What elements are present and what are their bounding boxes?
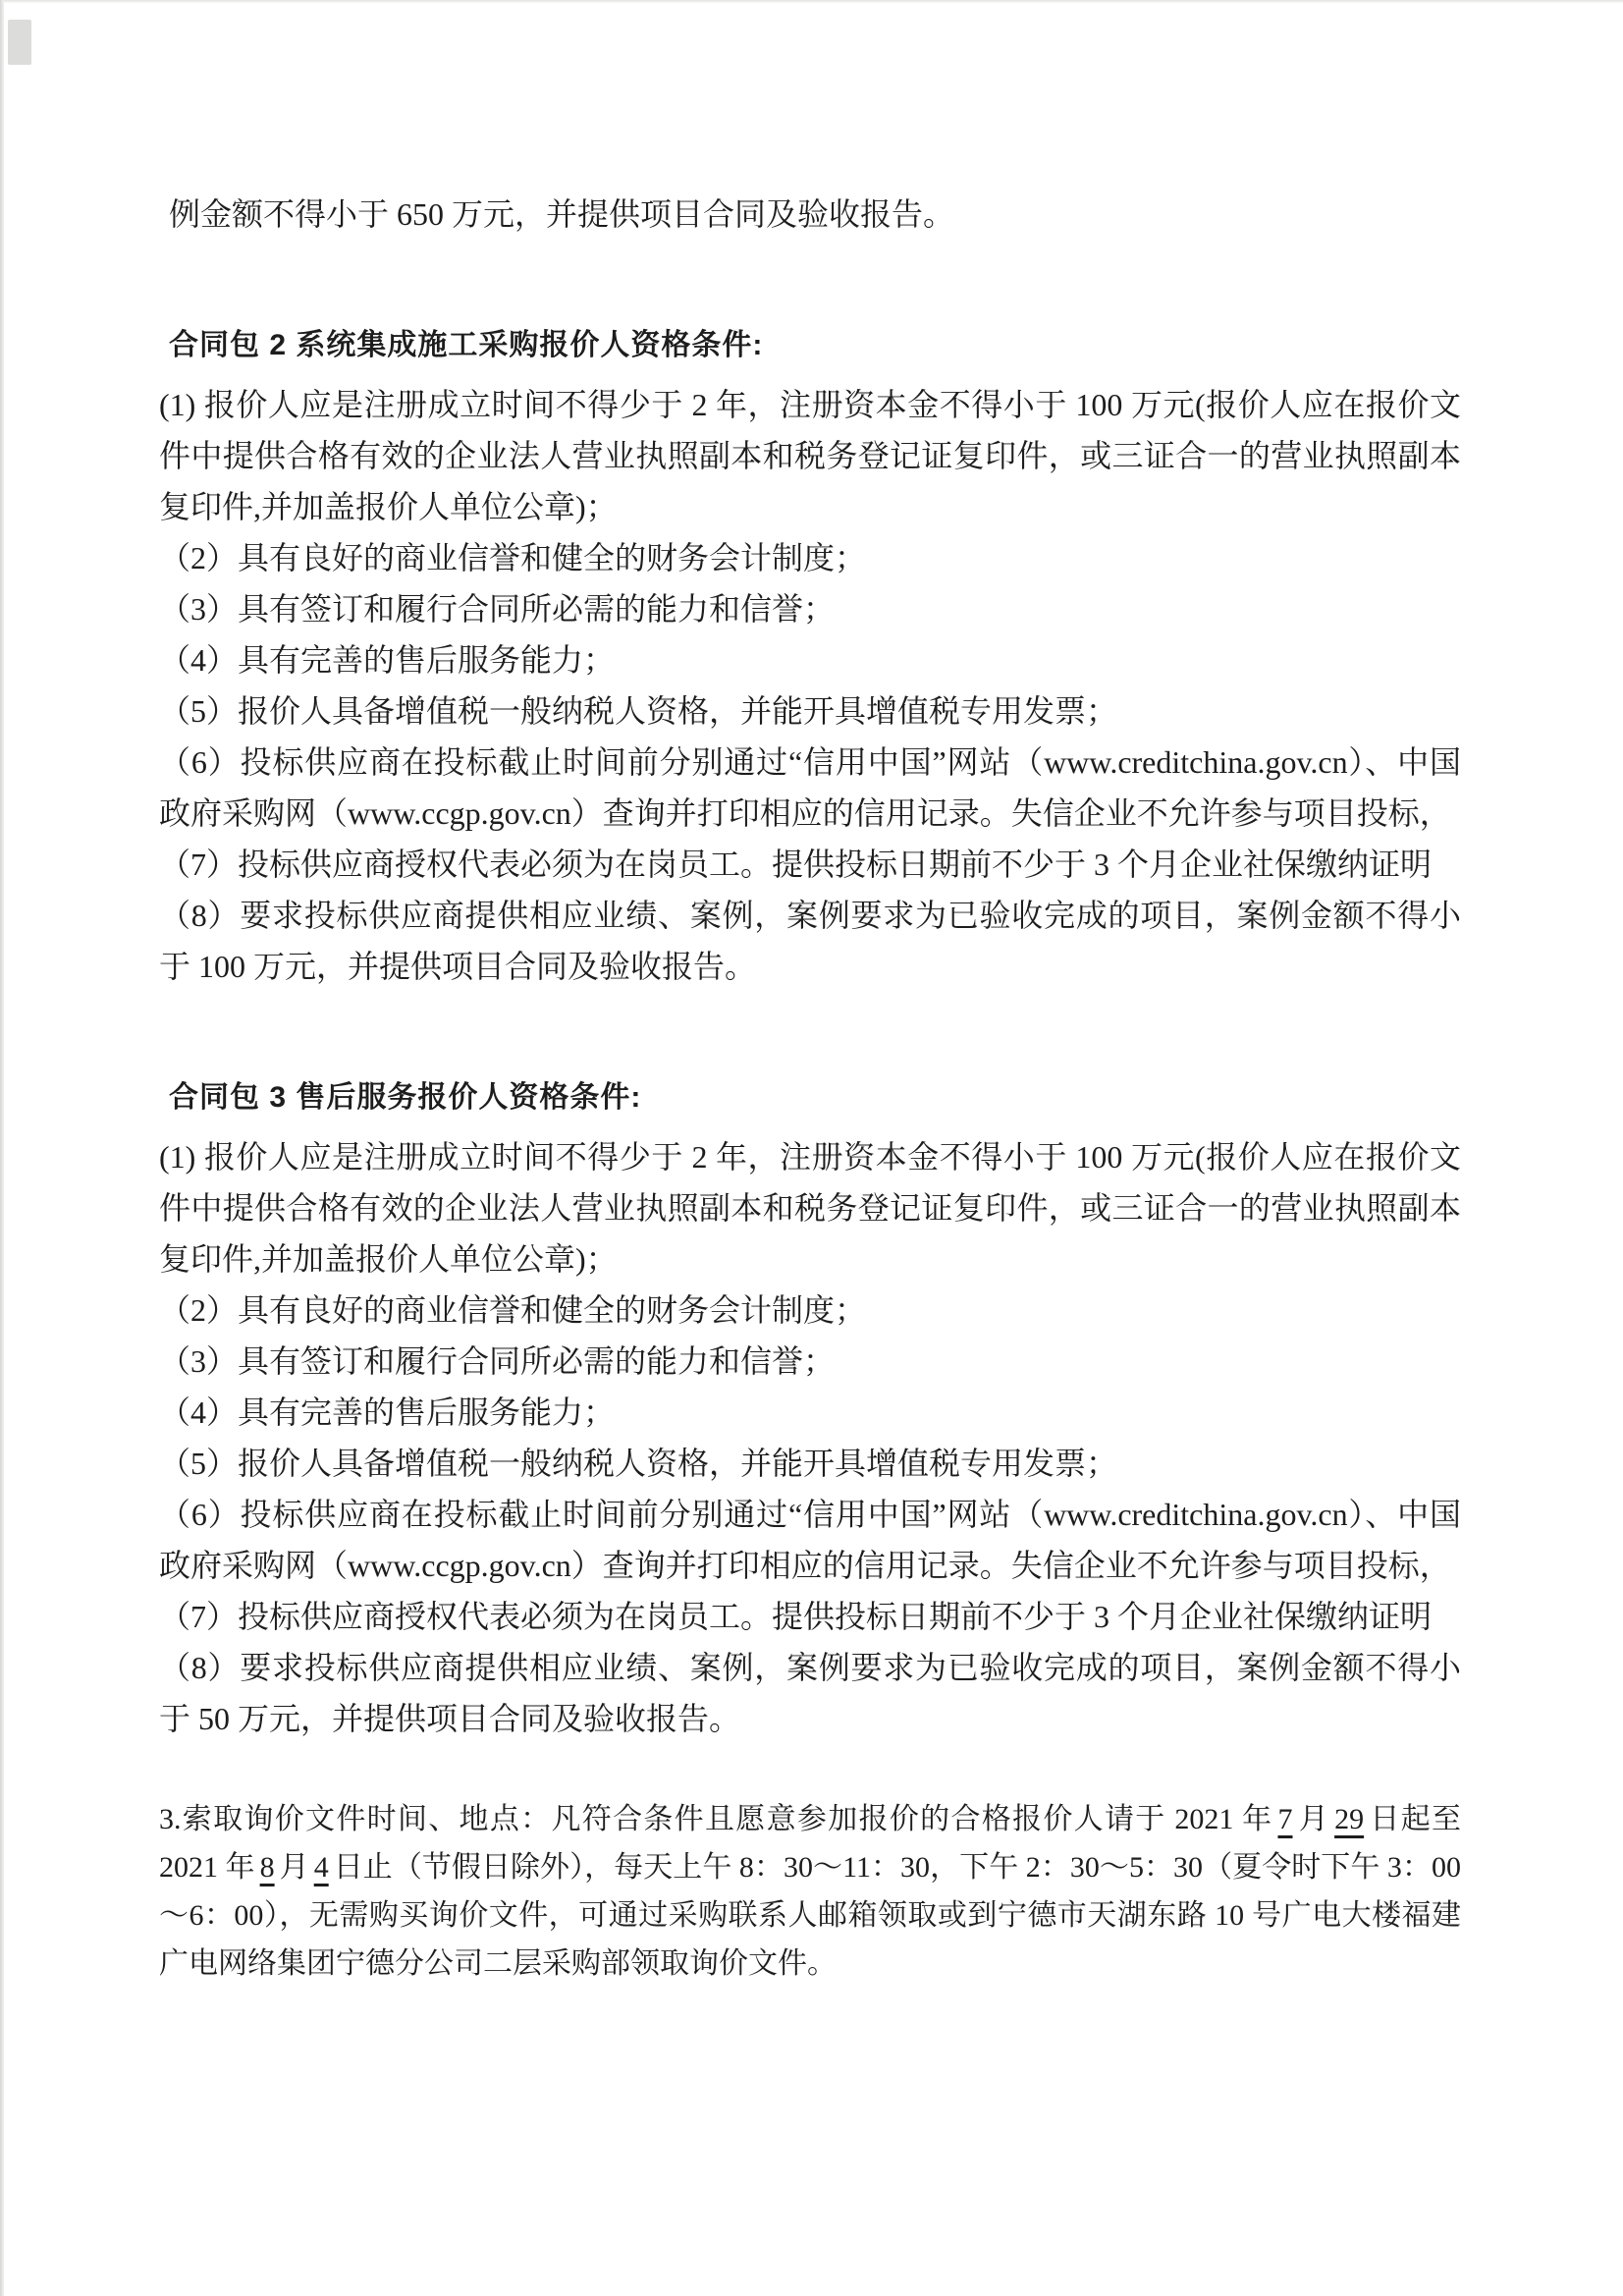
- requirement-item: （2）具有良好的商业信誉和健全的财务会计制度；: [159, 1285, 1461, 1336]
- package3-requirements: (1) 报价人应是注册成立时间不得少于 2 年，注册资本金不得小于 100 万元…: [159, 1131, 1461, 1744]
- requirement-item: （4）具有完善的售后服务能力；: [159, 1387, 1461, 1438]
- notice-prefix: 3.索取询价文件时间、地点：凡符合条件且愿意参加报价的合格报价人请于 2021 …: [159, 1803, 1272, 1835]
- package2-requirements: (1) 报价人应是注册成立时间不得少于 2 年，注册资本金不得小于 100 万元…: [159, 379, 1461, 992]
- requirement-item: （8）要求投标供应商提供相应业绩、案例，案例要求为已验收完成的项目，案例金额不得…: [159, 890, 1461, 992]
- intro-line: 例金额不得小于 650 万元，并提供项目合同及验收报告。: [169, 189, 1461, 240]
- requirement-item: (1) 报价人应是注册成立时间不得少于 2 年，注册资本金不得小于 100 万元…: [159, 1131, 1461, 1285]
- requirement-item: （5）报价人具备增值税一般纳税人资格，并能开具增值税专用发票；: [159, 1438, 1461, 1489]
- underlined-start-day: 29: [1329, 1803, 1369, 1835]
- document-page: 例金额不得小于 650 万元，并提供项目合同及验收报告。 合同包 2 系统集成施…: [0, 0, 1623, 1988]
- notice-suffix: 日止（节假日除外），每天上午 8：30～11：30，下午 2：30～5：30（夏…: [159, 1851, 1461, 1980]
- underlined-end-month: 8: [255, 1851, 280, 1884]
- requirement-item: （3）具有签订和履行合同所必需的能力和信誉；: [159, 583, 1461, 634]
- month-char: 月: [280, 1851, 309, 1884]
- requirement-item: （6）投标供应商在投标截止时间前分别通过“信用中国”网站（www.creditc…: [159, 737, 1461, 839]
- underlined-end-day: 4: [309, 1851, 334, 1884]
- notice-paragraph: 3.索取询价文件时间、地点：凡符合条件且愿意参加报价的合格报价人请于 2021 …: [159, 1795, 1461, 1988]
- requirement-item: （7）投标供应商授权代表必须为在岗员工。提供投标日期前不少于 3 个月企业社保缴…: [159, 1591, 1461, 1642]
- requirement-item: (1) 报价人应是注册成立时间不得少于 2 年，注册资本金不得小于 100 万元…: [159, 379, 1461, 532]
- requirement-item: （8）要求投标供应商提供相应业绩、案例，案例要求为已验收完成的项目，案例金额不得…: [159, 1642, 1461, 1744]
- section-heading-package2: 合同包 2 系统集成施工采购报价人资格条件:: [169, 324, 1461, 367]
- requirement-item: （7）投标供应商授权代表必须为在岗员工。提供投标日期前不少于 3 个月企业社保缴…: [159, 839, 1461, 890]
- requirement-item: （4）具有完善的售后服务能力；: [159, 634, 1461, 685]
- month-char: 月: [1297, 1803, 1329, 1835]
- requirement-item: （5）报价人具备增值税一般纳税人资格，并能开具增值税专用发票；: [159, 685, 1461, 737]
- requirement-item: （3）具有签订和履行合同所必需的能力和信誉；: [159, 1336, 1461, 1387]
- section-heading-package3: 合同包 3 售后服务报价人资格条件:: [169, 1076, 1461, 1120]
- requirement-item: （6）投标供应商在投标截止时间前分别通过“信用中国”网站（www.creditc…: [159, 1489, 1461, 1591]
- underlined-start-month: 7: [1272, 1803, 1297, 1835]
- requirement-item: （2）具有良好的商业信誉和健全的财务会计制度；: [159, 532, 1461, 583]
